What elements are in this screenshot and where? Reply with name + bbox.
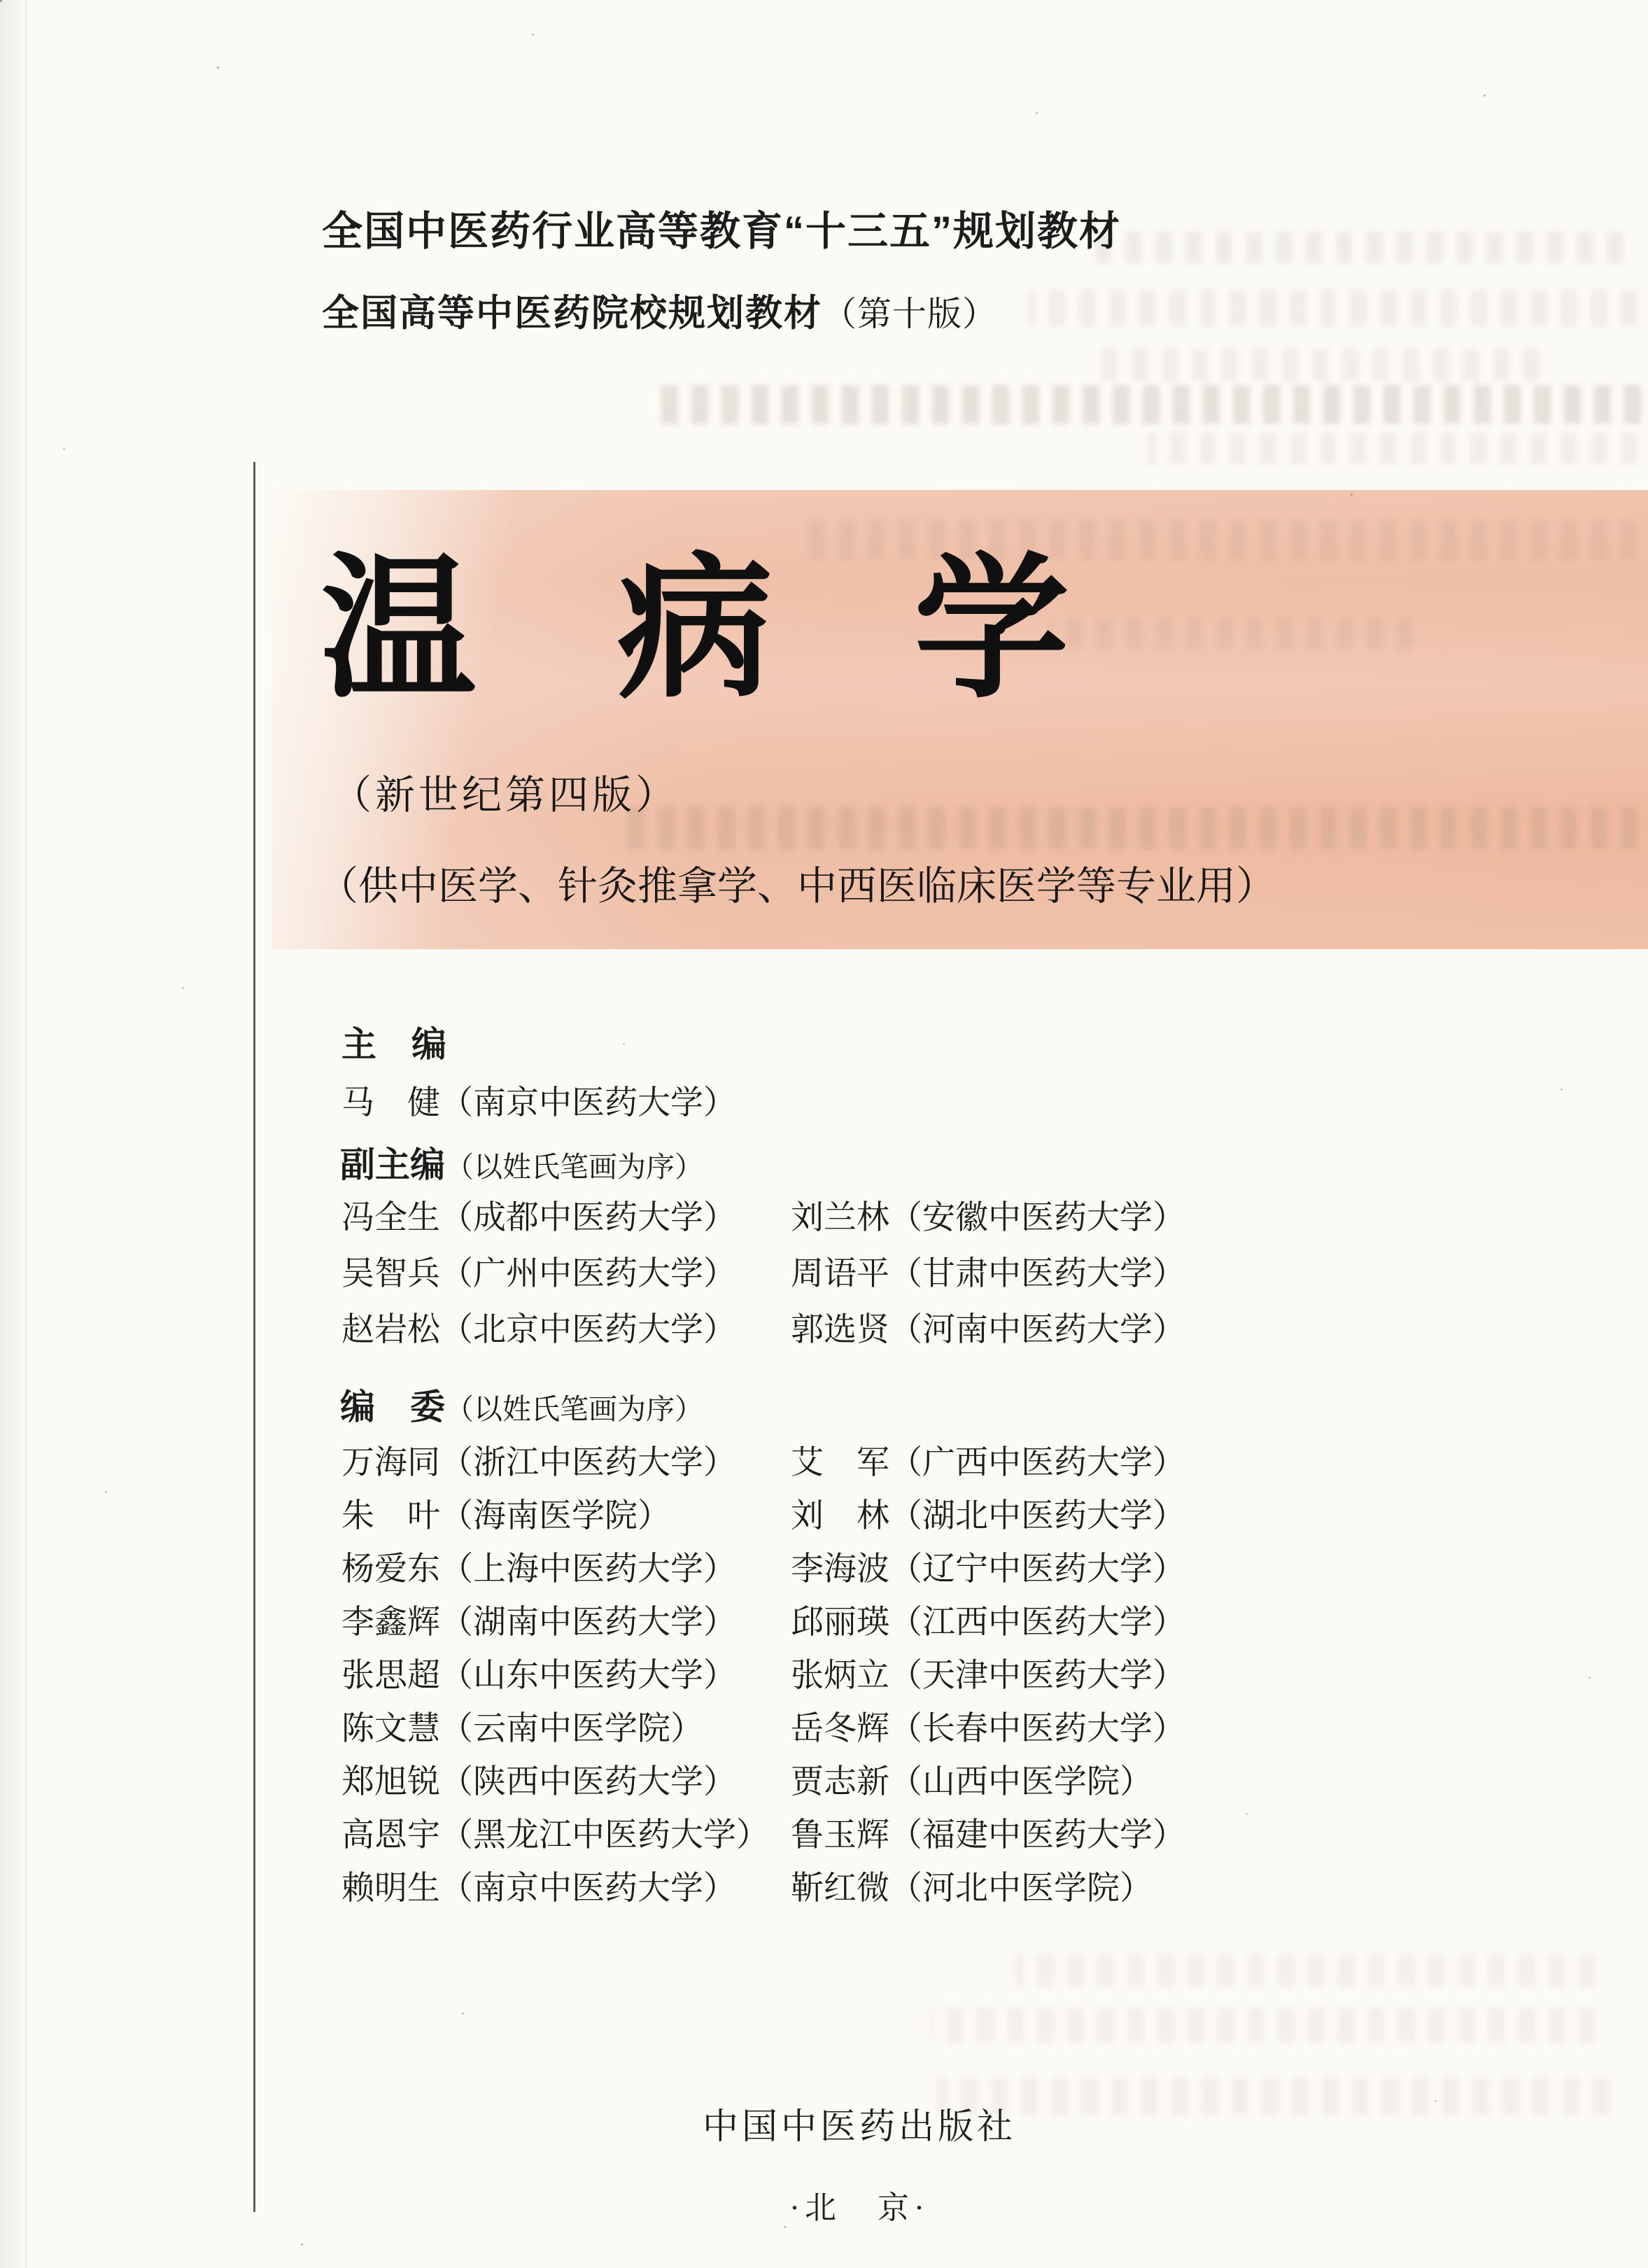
publisher-city: ·北 京· <box>595 2182 1124 2227</box>
committee-row: 朱 叶（海南医学院） 刘 林（湖北中医药大学） <box>341 1490 1643 1536</box>
editor-name: 冯全生（成都中医药大学） <box>341 1200 736 1236</box>
scan-gutter-shadow <box>0 0 34 2268</box>
editor-name: 陈文慧（云南中医学院） <box>341 1711 703 1747</box>
bleedthrough-ghost <box>616 806 1638 850</box>
deputy-order-note: （以姓氏笔画为序） <box>445 1151 703 1183</box>
deputy-editors-label: 副主编 <box>340 1145 445 1184</box>
editor-name: 艾 军（广西中医药大学） <box>791 1436 1185 1483</box>
editor-name: 赵岩松（北京中医药大学） <box>341 1312 736 1348</box>
chief-editor-name: 马 健（南京中医药大学） <box>341 1077 736 1123</box>
committee-row: 郑旭锐（陕西中医药大学） 贾志新（山西中医学院） <box>341 1756 1643 1802</box>
editor-name: 鲁玉辉（福建中医药大学） <box>791 1809 1185 1856</box>
editor-name: 靳红微（河北中医学院） <box>791 1862 1153 1909</box>
editor-name: 朱 叶（海南医学院） <box>341 1498 670 1534</box>
publisher-imprint: 中国中医药出版社 ·北 京· <box>595 2097 1124 2227</box>
editor-name: 李海波（辽宁中医药大学） <box>791 1543 1185 1590</box>
edition-note: （新世纪第四版） <box>332 763 679 820</box>
editor-name: 张思超（山东中医药大学） <box>341 1658 736 1694</box>
editor-name: 贾志新（山西中医学院） <box>791 1756 1153 1802</box>
paper-speckles <box>0 0 2 2</box>
chief-editor-label: 主 编 <box>341 1016 446 1067</box>
deputy-row: 吴智兵（广州中医药大学） 周语平（甘肃中医药大学） <box>341 1247 1643 1294</box>
audience-note: （供中医学、针灸推拿学、中西医临床医学等专业用） <box>318 854 1276 911</box>
series-line-2-main: 全国高等中医药院校规划教材 <box>322 293 822 334</box>
committee-row: 万海同（浙江中医药大学） 艾 军（广西中医药大学） <box>341 1436 1643 1483</box>
bleedthrough-ghost <box>1092 231 1624 263</box>
deputy-row: 赵岩松（北京中医药大学） 郭选贤（河南中医药大学） <box>341 1303 1643 1350</box>
bleedthrough-ghost <box>1029 290 1638 326</box>
vertical-rule <box>253 462 255 2212</box>
scan-crease <box>25 0 27 2268</box>
committee-row: 陈文慧（云南中医学院） 岳冬辉（长春中医药大学） <box>341 1702 1643 1749</box>
editor-name: 岳冬辉（长春中医药大学） <box>791 1702 1185 1749</box>
series-line-2-edition: （第十版） <box>822 295 997 333</box>
editor-name: 张炳立（天津中医药大学） <box>791 1649 1185 1696</box>
series-line-1: 全国中医药行业高等教育“十三五”规划教材 <box>322 198 1121 257</box>
editor-name: 刘兰林（安徽中医药大学） <box>791 1191 1185 1238</box>
series-line-2: 全国高等中医药院校规划教材（第十版） <box>322 283 997 337</box>
editor-name: 赖明生（南京中医药大学） <box>341 1870 736 1907</box>
editor-name: 李鑫辉（湖南中医药大学） <box>341 1604 736 1641</box>
committee-heading: 编 委（以姓氏笔画为序） <box>340 1379 703 1429</box>
bleedthrough-ghost <box>651 385 1641 424</box>
committee-row: 赖明生（南京中医药大学） 靳红微（河北中医学院） <box>341 1862 1643 1909</box>
editor-name: 万海同（浙江中医药大学） <box>341 1445 736 1481</box>
committee-row: 高恩宇（黑龙江中医药大学） 鲁玉辉（福建中医药大学） <box>341 1809 1643 1856</box>
editor-name: 周语平（甘肃中医药大学） <box>791 1247 1185 1294</box>
committee-label: 编 委 <box>340 1387 445 1427</box>
bleedthrough-ghost <box>1148 433 1638 465</box>
editor-name: 高恩宇（黑龙江中医药大学） <box>341 1817 769 1854</box>
deputy-row: 冯全生（成都中医药大学） 刘兰林（安徽中医药大学） <box>341 1191 1643 1238</box>
editor-name: 邱丽瑛（江西中医药大学） <box>791 1596 1185 1643</box>
editor-name: 吴智兵（广州中医药大学） <box>341 1256 736 1292</box>
publisher-name: 中国中医药出版社 <box>595 2097 1124 2149</box>
bleedthrough-ghost <box>1015 1954 1596 1987</box>
bleedthrough-ghost <box>1092 349 1540 381</box>
bleedthrough-ghost <box>931 2008 1596 2043</box>
editor-name: 郑旭锐（陕西中医药大学） <box>341 1764 736 1800</box>
editor-name: 郭选贤（河南中医药大学） <box>791 1303 1185 1350</box>
title-page: 全国中医药行业高等教育“十三五”规划教材 全国高等中医药院校规划教材（第十版） … <box>0 0 1648 2268</box>
book-title: 温病学 <box>321 550 1211 712</box>
committee-row: 张思超（山东中医药大学） 张炳立（天津中医药大学） <box>341 1649 1643 1696</box>
committee-row: 杨爱东（上海中医药大学） 李海波（辽宁中医药大学） <box>341 1543 1643 1590</box>
editor-name: 杨爱东（上海中医药大学） <box>341 1551 736 1588</box>
committee-row: 李鑫辉（湖南中医药大学） 邱丽瑛（江西中医药大学） <box>341 1596 1643 1643</box>
committee-order-note: （以姓氏笔画为序） <box>445 1393 703 1425</box>
editor-name: 刘 林（湖北中医药大学） <box>791 1490 1185 1536</box>
deputy-editors-heading: 副主编（以姓氏笔画为序） <box>340 1137 703 1187</box>
